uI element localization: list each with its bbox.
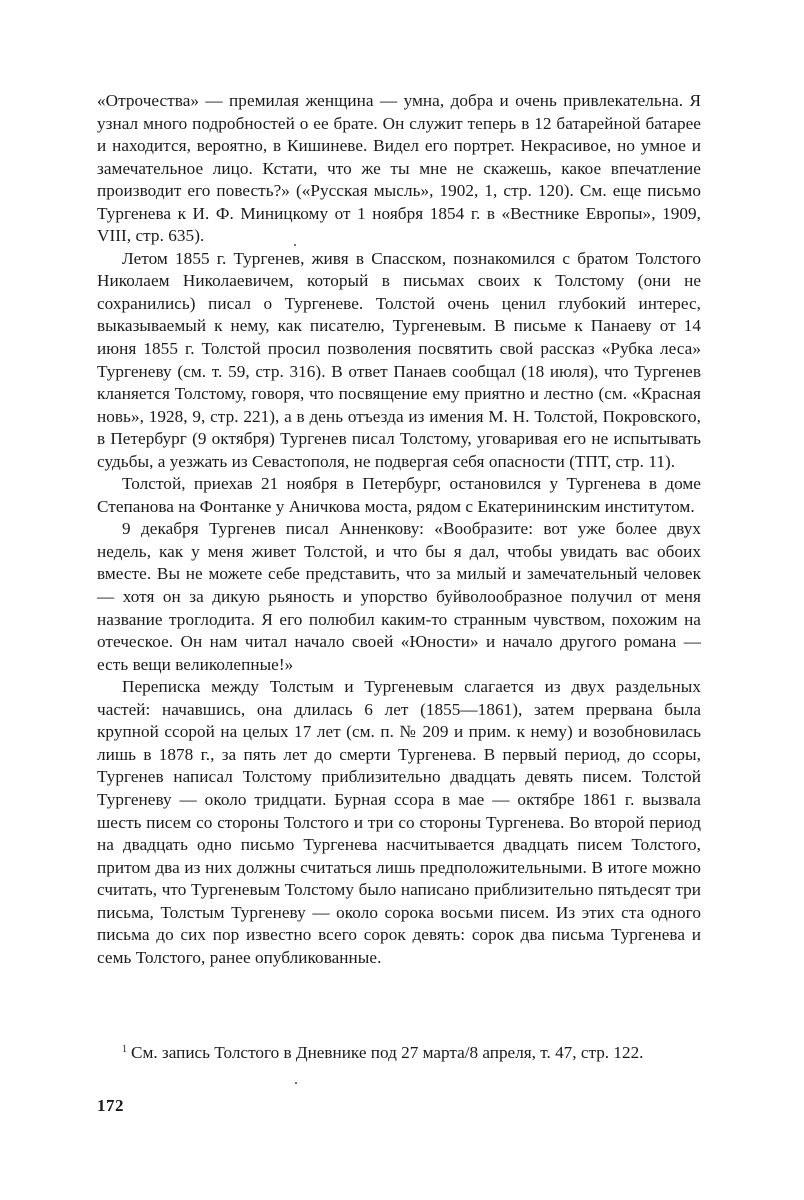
print-speck — [294, 244, 296, 246]
paragraph: «Отрочества» — премилая женщина — умна, … — [97, 90, 701, 248]
footnote-marker: 1 — [122, 1044, 127, 1055]
print-speck — [295, 1082, 297, 1084]
paragraph: Летом 1855 г. Тургенев, живя в Спасском,… — [97, 248, 701, 473]
paragraph: 9 декабря Тургенев писал Анненкову: «Воо… — [97, 518, 701, 676]
page-number: 172 — [97, 1096, 124, 1116]
footnote-text: См. запись Толстого в Дневнике под 27 ма… — [131, 1043, 643, 1062]
page-body: «Отрочества» — премилая женщина — умна, … — [97, 90, 701, 969]
footnote: 1См. запись Толстого в Дневнике под 27 м… — [97, 1038, 701, 1064]
paragraph: Толстой, приехав 21 ноября в Петербург, … — [97, 473, 701, 518]
paragraph: Переписка между Толстым и Тургеневым сла… — [97, 676, 701, 969]
